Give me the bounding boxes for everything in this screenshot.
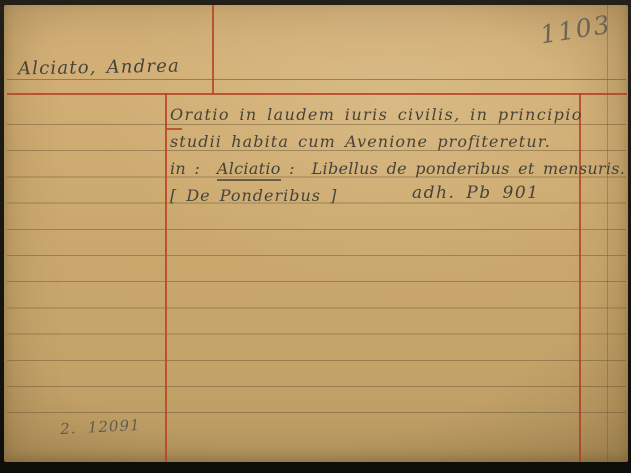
index-card: 1103 Alciato, Andrea Oratio in laudem iu… — [4, 5, 628, 462]
line3-prefix: in : — [170, 159, 217, 178]
red-underline-mark — [167, 128, 182, 130]
header-baseline-rule — [7, 79, 626, 80]
title-line-2: studii habita cum Avenione profiteretur. — [170, 132, 551, 151]
top-right-number: 1103 — [538, 10, 613, 50]
uniform-title-bracket: [ De Ponderibus ] — [170, 186, 337, 205]
red-divider-horizontal — [7, 93, 627, 95]
bottom-left-number: 2. 12091 — [60, 416, 141, 438]
catalog-card-scan: 1103 Alciato, Andrea Oratio in laudem iu… — [0, 0, 631, 473]
red-margin-right-vertical — [579, 93, 581, 462]
paper-crease-line — [607, 5, 608, 462]
line3-suffix: : Libellus de ponderibus et mensuris. — [281, 159, 625, 178]
title-line-1: Oratio in laudem iuris civilis, in princ… — [170, 105, 583, 124]
red-margin-left-vertical — [165, 93, 167, 462]
red-divider-top-vertical — [212, 5, 214, 94]
line3-underlined-word: Alciatio — [217, 159, 281, 181]
shelfmark: adh. Pb 901 — [412, 183, 539, 203]
author-heading: Alciato, Andrea — [18, 56, 180, 80]
title-line-3: in : Alciatio : Libellus de ponderibus e… — [170, 159, 625, 178]
